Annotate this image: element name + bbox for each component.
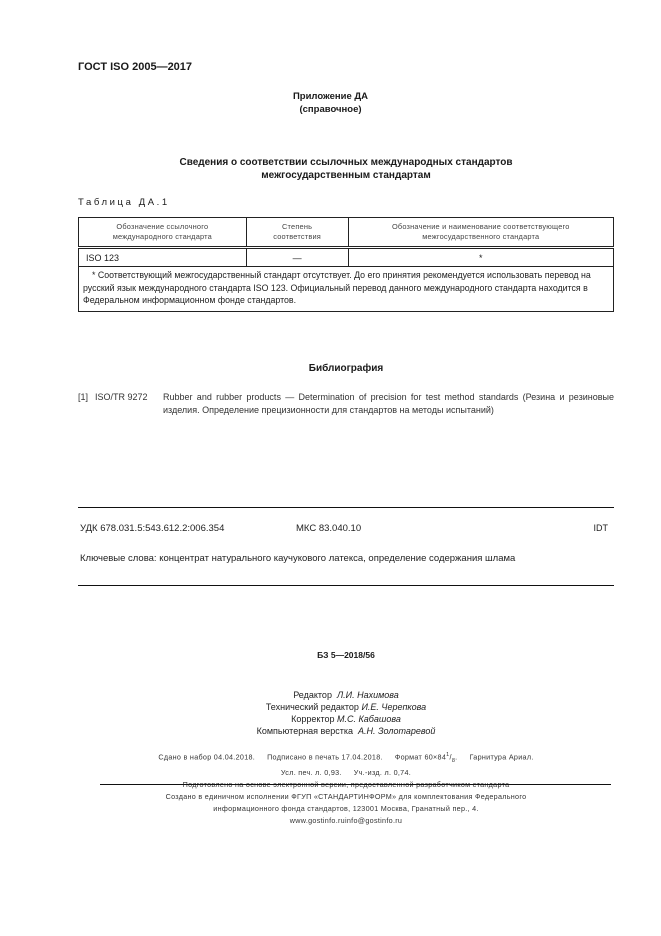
bibliography-entry-text: Rubber and rubber products — Determinati… [163,391,614,417]
annex-subtitle: (справочное) [0,103,661,116]
correspondence-table: Обозначение ссылочного международного ст… [78,217,614,312]
udk-code: УДК 678.031.5:543.612.2:006.354 [80,523,224,534]
divider-top [78,507,614,508]
section-title-line2: межгосударственным стандартам [0,169,661,182]
section-title: Сведения о соответствии ссылочных междун… [0,156,661,182]
table-header-row: Обозначение ссылочного международного ст… [79,218,614,248]
publisher-email-link[interactable]: info@gostinfo.ru [345,816,402,825]
mks-code: МКС 83.040.10 [296,523,361,534]
publisher-info: Создано в единичном исполнении ФГУП «СТА… [0,791,661,827]
divider-bottom [78,585,614,586]
cell-degree: — [246,248,348,267]
staff-list: Редактор Л.И. Нахимова Технический редак… [0,689,661,737]
section-title-line1: Сведения о соответствии ссылочных междун… [0,156,661,169]
keywords: Ключевые слова: концентрат натурального … [80,553,515,564]
table-label: Таблица ДА.1 [78,197,170,208]
bibliography-title: Библиография [0,363,661,374]
cell-ref-standard: ISO 123 [79,248,247,267]
publisher-website-link[interactable]: www.gostinfo.ru [290,816,345,825]
annex-heading: Приложение ДА (справочное) [0,90,661,116]
annex-title: Приложение ДА [0,90,661,103]
table-row: ISO 123 — * [79,248,614,267]
bz-number: БЗ 5—2018/56 [0,650,661,660]
table-footnote: * Соответствующий межгосударственный ста… [79,267,614,312]
staff-proofreader: Корректор М.С. Кабашова [0,713,661,725]
publisher-line2: информационного фонда стандартов, 123001… [0,803,661,815]
divider-imprint [100,784,611,785]
publisher-contacts: www.gostinfo.ruinfo@gostinfo.ru [0,815,661,827]
equivalence-degree: IDT [594,523,609,533]
table-footnote-row: * Соответствующий межгосударственный ста… [79,267,614,312]
staff-layout: Компьютерная верстка А.Н. Золотаревой [0,725,661,737]
publisher-line1: Создано в единичном исполнении ФГУП «СТА… [0,791,661,803]
imprint-line2: Усл. печ. л. 0,93.Уч.-изд. л. 0,74. [0,767,661,779]
bibliography-entry-code: ISO/TR 9272 [95,391,148,404]
column-header-interstate-standard: Обозначение и наименование соответствующ… [348,218,613,248]
column-header-degree: Степень соответствия [246,218,348,248]
imprint-line1: Сдано в набор 04.04.2018.Подписано в печ… [0,749,661,767]
staff-editor: Редактор Л.И. Нахимова [0,689,661,701]
cell-interstate-standard: * [348,248,613,267]
staff-tech-editor: Технический редактор И.Е. Черепкова [0,701,661,713]
document-standard-code: ГОСТ ISO 2005—2017 [78,61,192,73]
bibliography-entry-number: [1] [78,391,88,404]
column-header-ref-standard: Обозначение ссылочного международного ст… [79,218,247,248]
classification-row: УДК 678.031.5:543.612.2:006.354 МКС 83.0… [80,523,608,534]
